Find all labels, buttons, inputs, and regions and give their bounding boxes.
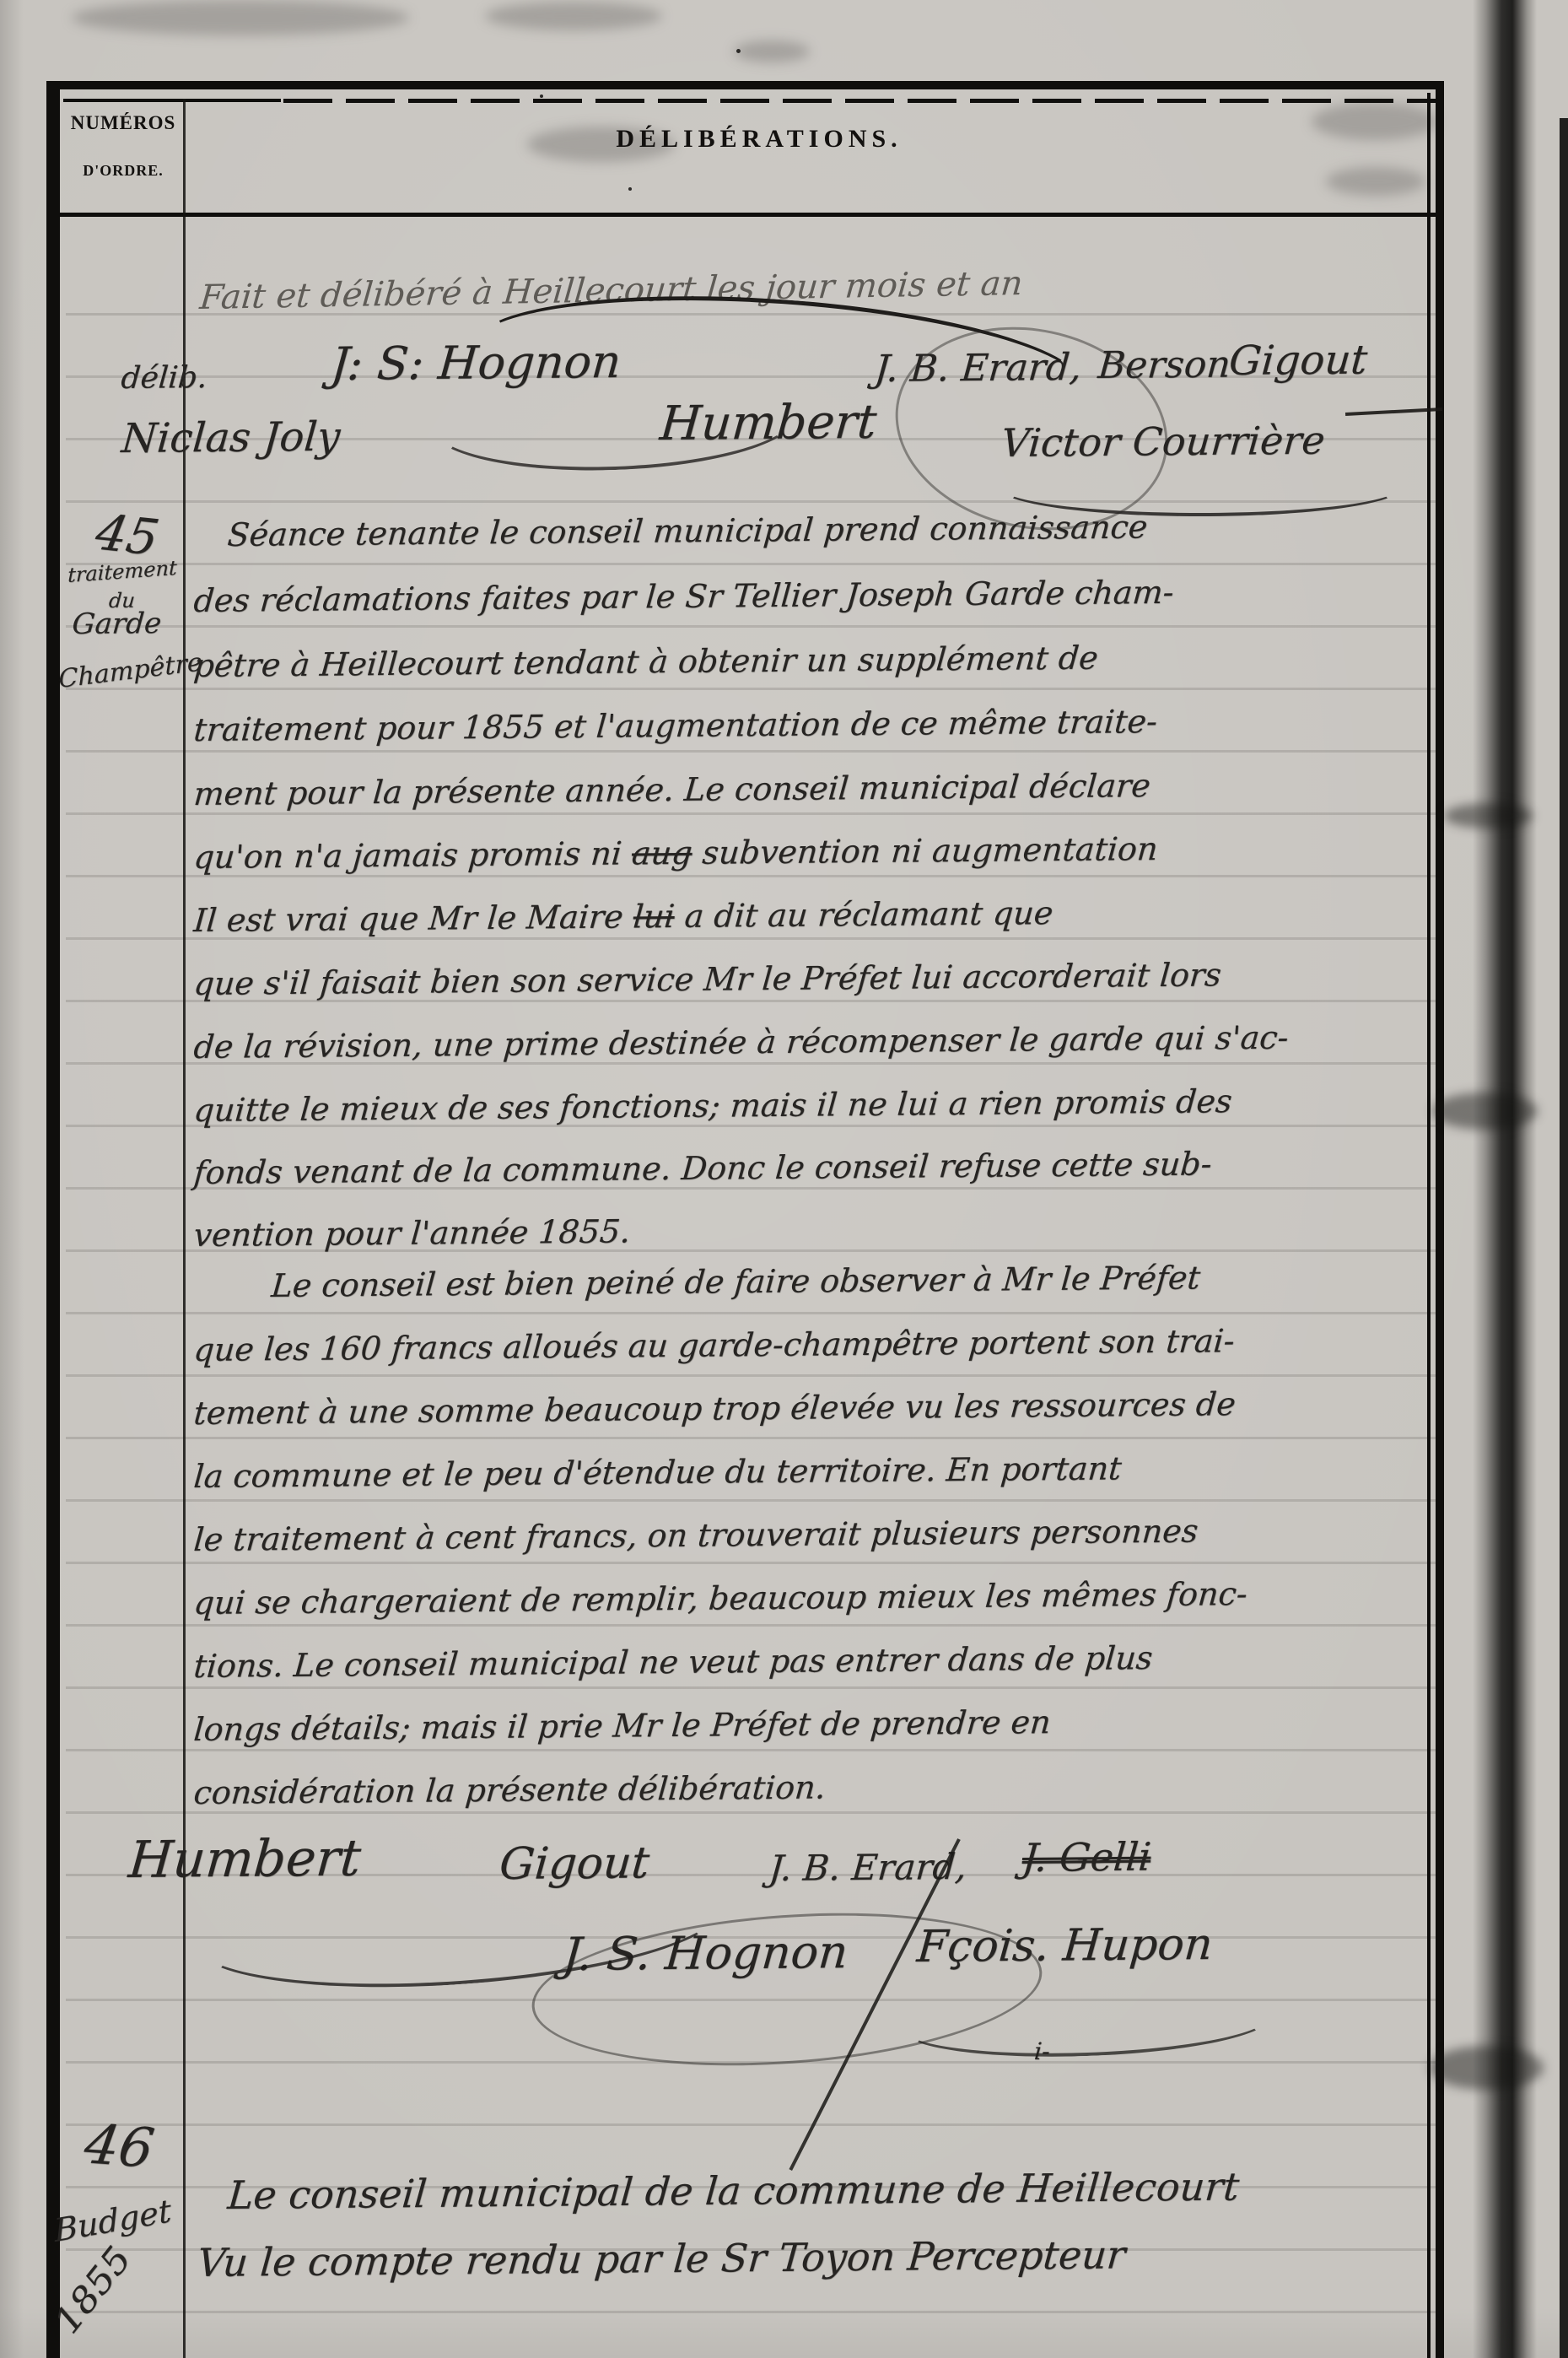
handwritten-line: tement à une somme beaucoup trop élevée … [192,1385,1237,1432]
handwritten-line: qui se chargeraient de remplir, beaucoup… [192,1575,1249,1621]
handwritten-line: Le conseil municipal de la commune de He… [226,2164,1241,2218]
handwritten-word-struck: lui [632,898,676,935]
bleed-through-smudge [72,0,409,35]
margin-note-46-line1: Budget [52,2193,173,2249]
margin-note-45-line1: traitement [67,556,177,587]
signature-humbert: Humbert [127,1829,363,1890]
handwritten-word: Il est vrai que Mr le Maire [192,898,635,939]
frame-top-inner-line [63,99,281,102]
frame-top-border [46,81,1442,89]
handwritten-line: considération la présente délibération. [192,1768,827,1811]
frame-left-border [46,81,60,2358]
handwritten-line: la commune et le peu d'étendue du territ… [192,1449,1123,1495]
handwritten-word: délib. [120,360,208,396]
signature-gigout: Gigout [1227,337,1369,385]
margin-note-45-line3: Garde [71,607,163,641]
frame-right-inner-line [1427,93,1431,2358]
handwritten-line: des réclamations faites par le Sr Tellie… [192,574,1175,619]
binding-gutter-shadow [1473,0,1537,2358]
order-column-header-line2: D'ORDRE. [66,162,181,180]
handwritten-line: pêtre à Heillecourt tendant à obtenir un… [192,639,1100,684]
handwritten-line: le traitement à cent francs, on trouvera… [192,1513,1199,1558]
frame-top-dashed-line [283,99,1437,103]
bleed-through-smudge [1326,167,1425,196]
handwritten-line: que les 160 francs alloués au garde-cham… [192,1322,1236,1368]
fold-mark [1444,803,1533,828]
signature-struck-out: J. Gelli [1021,1834,1153,1880]
handwritten-line: ment pour la présente année. Le conseil … [192,767,1152,812]
handwritten-line: longs détails; mais il prie Mr le Préfet… [192,1703,1052,1748]
handwritten-line: traitement pour 1855 et l'augmentation d… [192,703,1159,748]
handwritten-line: Séance tenante le conseil municipal pren… [226,508,1149,553]
fold-mark [1430,2046,1544,2090]
handwritten-line: fonds venant de la commune. Donc le cons… [192,1145,1213,1191]
margin-note-45-line4: Champêtre [58,648,202,694]
scanned-register-page: NUMÉROS D'ORDRE. DÉLIBÉRATIONS. Fait et … [0,0,1568,2358]
fold-mark [1432,1093,1538,1130]
handwritten-line: que s'il faisait bien son service Mr le … [192,956,1223,1002]
deliberations-title: DÉLIBÉRATIONS. [354,125,1164,154]
handwritten-line: vention pour l'année 1855. [192,1212,632,1254]
next-page-edge [1560,118,1568,2358]
margin-note-46-line2: 1855 [46,2239,139,2341]
handwritten-line: Vu le compte rendu par le Sr Toyon Perce… [196,2231,1127,2285]
signature-joly: Niclas Joly [120,413,342,462]
bleed-through-smudge [1312,103,1438,140]
handwritten-word: qu'on n'a jamais promis ni [192,834,633,876]
handwritten-line: de la révision, une prime destinée à réc… [192,1019,1290,1066]
handwritten-word: a dit au réclamant que [673,894,1054,935]
handwritten-line: tions. Le conseil municipal ne veut pas … [192,1639,1154,1685]
handwritten-word: subvention ni augmentation [691,830,1159,871]
ink-speck [736,49,741,53]
bleed-through-smudge [485,2,662,30]
handwritten-line: Le conseil est bien peiné de faire obser… [270,1259,1202,1304]
handwritten-word-struck: aug [630,834,693,872]
ink-speck [540,94,543,98]
handwritten-line: qu'on n'a jamais promis ni aug subventio… [192,830,1159,876]
header-bottom-rule [48,213,1440,217]
bleed-through-smudge [734,40,810,62]
margin-order-number-46: 46 [80,2113,158,2181]
ink-speck [628,187,632,191]
pen-flourish [1000,460,1401,516]
frame-right-border [1436,81,1444,2358]
handwritten-line: quitte le mieux de ses fonctions; mais i… [192,1082,1233,1129]
order-column-header-line1: NUMÉROS [66,112,181,134]
handwritten-line: Il est vrai que Mr le Maire lui a dit au… [192,894,1054,939]
